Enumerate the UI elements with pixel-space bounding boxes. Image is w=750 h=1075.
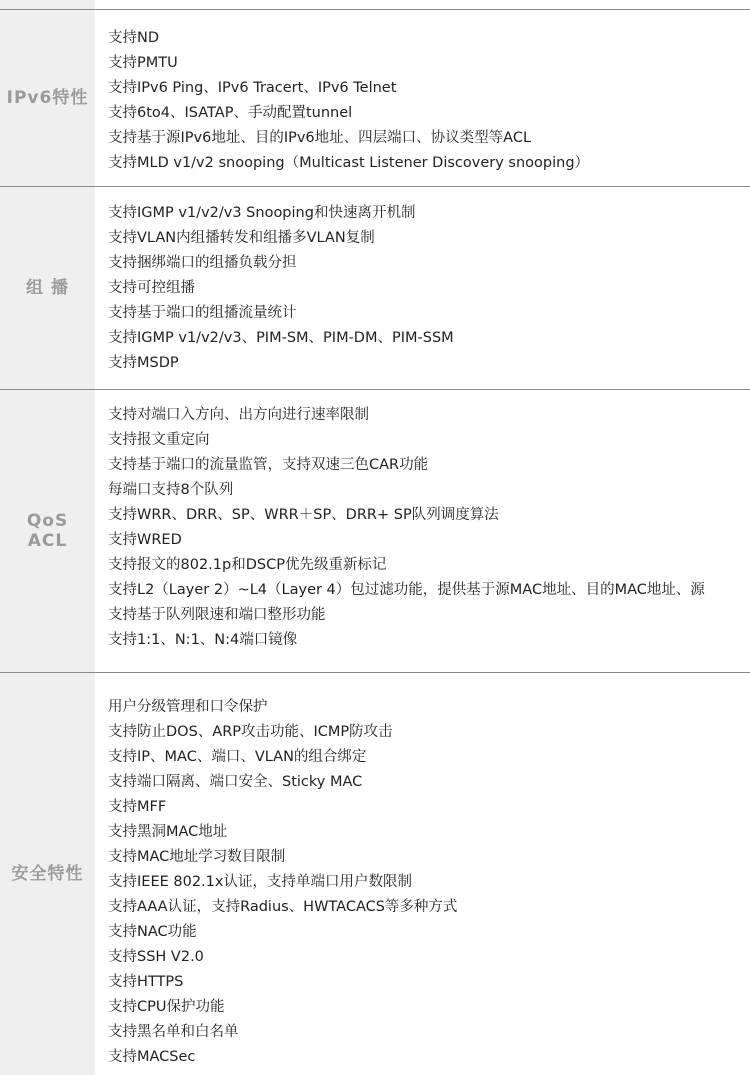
list-item: 支持报文重定向 [108, 428, 750, 453]
list-item: 每端口支持8个队列 [108, 478, 750, 503]
list-item: 支持1:1、N:1、N:4端口镜像 [108, 628, 750, 653]
list-item: 支持WRED [108, 528, 750, 553]
feature-list: 支持对端口入方向、出方向进行速率限制 支持报文重定向 支持基于端口的流量监管，支… [108, 403, 750, 653]
section-qos-acl: QoS ACL 支持对端口入方向、出方向进行速率限制 支持报文重定向 支持基于端… [0, 390, 750, 672]
section-ipv6: IPv6特性 支持ND 支持PMTU 支持IPv6 Ping、IPv6 Trac… [0, 10, 750, 186]
list-item: 支持MAC地址学习数目限制 [108, 845, 750, 870]
list-item: 支持报文的802.1p和DSCP优先级重新标记 [108, 553, 750, 578]
list-item: 支持黑名单和白名单 [108, 1020, 750, 1045]
list-item: 支持MSDP [108, 351, 750, 376]
list-item: 支持基于源IPv6地址、目的IPv6地址、四层端口、协议类型等ACL [108, 126, 750, 151]
list-item: 支持HTTPS [108, 970, 750, 995]
list-item: 支持IGMP v1/v2/v3 Snooping和快速离开机制 [108, 201, 750, 226]
list-item: 支持ND [108, 26, 750, 51]
list-item: 支持MACSec [108, 1045, 750, 1070]
list-item: 支持基于端口的流量监管，支持双速三色CAR功能 [108, 453, 750, 478]
list-item: 支持防止DOS、ARP攻击功能、ICMP防攻击 [108, 720, 750, 745]
list-item: 用户分级管理和口令保护 [108, 695, 750, 720]
list-item: 支持CPU保护功能 [108, 995, 750, 1020]
list-item: 支持IEEE 802.1x认证，支持单端口用户数限制 [108, 870, 750, 895]
list-item: 支持MFF [108, 795, 750, 820]
list-item: 支持WRR、DRR、SP、WRR＋SP、DRR+ SP队列调度算法 [108, 503, 750, 528]
list-item: 支持基于队列限速和端口整形功能 [108, 603, 750, 628]
list-item: 支持捆绑端口的组播负载分担 [108, 251, 750, 276]
list-item: 支持NAC功能 [108, 920, 750, 945]
list-item: 支持基于端口的组播流量统计 [108, 301, 750, 326]
section-label: QoS ACL [27, 511, 68, 551]
section-security: 安全特性 用户分级管理和口令保护 支持防止DOS、ARP攻击功能、ICMP防攻击… [0, 673, 750, 1075]
list-item: 支持IGMP v1/v2/v3、PIM-SM、PIM-DM、PIM-SSM [108, 326, 750, 351]
list-item: 支持VLAN内组播转发和组播多VLAN复制 [108, 226, 750, 251]
list-item: 支持L2（Layer 2）~L4（Layer 4）包过滤功能，提供基于源MAC地… [108, 578, 750, 603]
list-item: 支持可控组播 [108, 276, 750, 301]
section-multicast: 组 播 支持IGMP v1/v2/v3 Snooping和快速离开机制 支持VL… [0, 187, 750, 389]
spec-table: IPv6特性 支持ND 支持PMTU 支持IPv6 Ping、IPv6 Trac… [0, 0, 750, 1075]
list-item: 支持IPv6 Ping、IPv6 Tracert、IPv6 Telnet [108, 76, 750, 101]
section-label: 安全特性 [12, 864, 84, 884]
feature-list: 支持ND 支持PMTU 支持IPv6 Ping、IPv6 Tracert、IPv… [108, 26, 750, 176]
label-cell: 组 播 [0, 187, 95, 389]
list-item: 支持6to4、ISATAP、手动配置tunnel [108, 101, 750, 126]
list-item: 支持PMTU [108, 51, 750, 76]
feature-list: 用户分级管理和口令保护 支持防止DOS、ARP攻击功能、ICMP防攻击 支持IP… [108, 695, 750, 1070]
section-label: IPv6特性 [7, 88, 89, 108]
label-cell: 安全特性 [0, 673, 95, 1075]
label-cell: QoS ACL [0, 390, 95, 672]
section-label: 组 播 [26, 278, 69, 298]
list-item: 支持SSH V2.0 [108, 945, 750, 970]
list-item: 支持黑洞MAC地址 [108, 820, 750, 845]
list-item: 支持端口隔离、端口安全、Sticky MAC [108, 770, 750, 795]
label-cell [0, 0, 95, 9]
label-cell: IPv6特性 [0, 10, 95, 186]
previous-section-remainder [0, 0, 750, 9]
list-item: 支持对端口入方向、出方向进行速率限制 [108, 403, 750, 428]
feature-list: 支持IGMP v1/v2/v3 Snooping和快速离开机制 支持VLAN内组… [108, 201, 750, 376]
list-item: 支持MLD v1/v2 snooping（Multicast Listener … [108, 151, 750, 176]
list-item: 支持IP、MAC、端口、VLAN的组合绑定 [108, 745, 750, 770]
list-item: 支持AAA认证，支持Radius、HWTACACS等多种方式 [108, 895, 750, 920]
